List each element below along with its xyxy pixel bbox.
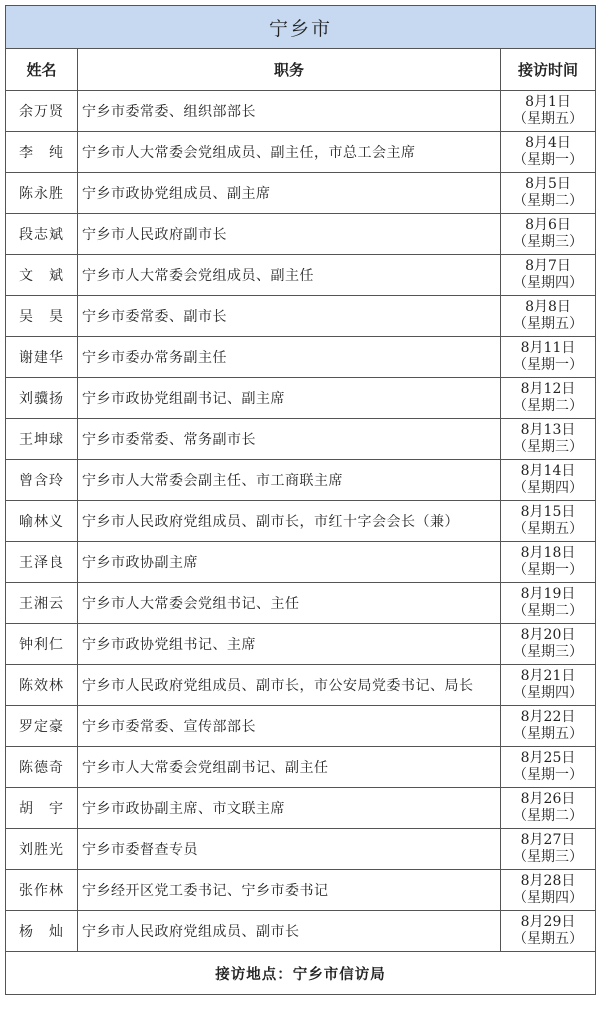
cell-duty: 宁乡市人民政府副市长 bbox=[78, 214, 501, 255]
cell-duty: 宁乡市人大常委会党组书记、主任 bbox=[78, 583, 501, 624]
cell-duty: 宁乡市委常委、组织部部长 bbox=[78, 91, 501, 132]
cell-name: 文 斌 bbox=[6, 255, 78, 296]
table-row: 曾含玲宁乡市人大常委会副主任、市工商联主席8月14日（星期四） bbox=[6, 460, 596, 501]
cell-name: 曾含玲 bbox=[6, 460, 78, 501]
cell-duty: 宁乡市政协党组书记、主席 bbox=[78, 624, 501, 665]
cell-weekday: （星期二） bbox=[501, 603, 595, 620]
cell-time: 8月13日（星期三） bbox=[501, 419, 596, 460]
cell-name: 王坤球 bbox=[6, 419, 78, 460]
table-row: 刘胜光宁乡市委督查专员8月27日（星期三） bbox=[6, 829, 596, 870]
cell-duty: 宁乡市政协副主席、市文联主席 bbox=[78, 788, 501, 829]
cell-name: 王泽良 bbox=[6, 542, 78, 583]
cell-date: 8月6日 bbox=[501, 217, 595, 234]
cell-date: 8月15日 bbox=[501, 504, 595, 521]
cell-duty: 宁乡市人民政府党组成员、副市长，市红十字会会长（兼） bbox=[78, 501, 501, 542]
table-row: 罗定豪宁乡市委常委、宣传部部长8月22日（星期五） bbox=[6, 706, 596, 747]
cell-time: 8月20日（星期三） bbox=[501, 624, 596, 665]
cell-name: 张作林 bbox=[6, 870, 78, 911]
cell-name: 李 纯 bbox=[6, 132, 78, 173]
cell-date: 8月18日 bbox=[501, 545, 595, 562]
table-row: 陈效林宁乡市人民政府党组成员、副市长，市公安局党委书记、局长8月21日（星期四） bbox=[6, 665, 596, 706]
cell-time: 8月25日（星期一） bbox=[501, 747, 596, 788]
cell-weekday: （星期四） bbox=[501, 890, 595, 907]
cell-name: 刘胜光 bbox=[6, 829, 78, 870]
cell-duty: 宁乡市政协党组副书记、副主席 bbox=[78, 378, 501, 419]
cell-name: 余万贤 bbox=[6, 91, 78, 132]
cell-weekday: （星期二） bbox=[501, 398, 595, 415]
table-row: 钟利仁宁乡市政协党组书记、主席8月20日（星期三） bbox=[6, 624, 596, 665]
table-row: 陈永胜宁乡市政协党组成员、副主席8月5日（星期二） bbox=[6, 173, 596, 214]
cell-duty: 宁乡经开区党工委书记、宁乡市委书记 bbox=[78, 870, 501, 911]
cell-time: 8月21日（星期四） bbox=[501, 665, 596, 706]
table-row: 王湘云宁乡市人大常委会党组书记、主任8月19日（星期二） bbox=[6, 583, 596, 624]
cell-time: 8月8日（星期五） bbox=[501, 296, 596, 337]
cell-duty: 宁乡市人民政府党组成员、副市长 bbox=[78, 911, 501, 952]
cell-weekday: （星期三） bbox=[501, 644, 595, 661]
cell-time: 8月12日（星期二） bbox=[501, 378, 596, 419]
table-row: 喻林义宁乡市人民政府党组成员、副市长，市红十字会会长（兼）8月15日（星期五） bbox=[6, 501, 596, 542]
cell-time: 8月7日（星期四） bbox=[501, 255, 596, 296]
cell-name: 刘骥扬 bbox=[6, 378, 78, 419]
cell-time: 8月4日（星期一） bbox=[501, 132, 596, 173]
cell-date: 8月19日 bbox=[501, 586, 595, 603]
cell-date: 8月14日 bbox=[501, 463, 595, 480]
cell-weekday: （星期四） bbox=[501, 480, 595, 497]
cell-weekday: （星期五） bbox=[501, 726, 595, 743]
table-title: 宁乡市 bbox=[6, 6, 596, 49]
table-row: 王泽良宁乡市政协副主席8月18日（星期一） bbox=[6, 542, 596, 583]
cell-duty: 宁乡市委常委、副市长 bbox=[78, 296, 501, 337]
table-row: 吴 昊宁乡市委常委、副市长8月8日（星期五） bbox=[6, 296, 596, 337]
cell-time: 8月11日（星期一） bbox=[501, 337, 596, 378]
cell-weekday: （星期一） bbox=[501, 152, 595, 169]
cell-date: 8月28日 bbox=[501, 873, 595, 890]
cell-weekday: （星期三） bbox=[501, 849, 595, 866]
table-row: 余万贤宁乡市委常委、组织部部长8月1日（星期五） bbox=[6, 91, 596, 132]
cell-time: 8月19日（星期二） bbox=[501, 583, 596, 624]
cell-weekday: （星期二） bbox=[501, 193, 595, 210]
cell-name: 吴 昊 bbox=[6, 296, 78, 337]
table-row: 刘骥扬宁乡市政协党组副书记、副主席8月12日（星期二） bbox=[6, 378, 596, 419]
table-row: 胡 宇宁乡市政协副主席、市文联主席8月26日（星期二） bbox=[6, 788, 596, 829]
cell-weekday: （星期五） bbox=[501, 931, 595, 948]
cell-name: 钟利仁 bbox=[6, 624, 78, 665]
cell-weekday: （星期五） bbox=[501, 316, 595, 333]
cell-time: 8月1日（星期五） bbox=[501, 91, 596, 132]
table-row: 文 斌宁乡市人大常委会党组成员、副主任8月7日（星期四） bbox=[6, 255, 596, 296]
cell-date: 8月4日 bbox=[501, 135, 595, 152]
cell-weekday: （星期三） bbox=[501, 439, 595, 456]
cell-time: 8月5日（星期二） bbox=[501, 173, 596, 214]
cell-time: 8月18日（星期一） bbox=[501, 542, 596, 583]
cell-weekday: （星期五） bbox=[501, 111, 595, 128]
cell-date: 8月20日 bbox=[501, 627, 595, 644]
cell-date: 8月29日 bbox=[501, 914, 595, 931]
cell-date: 8月21日 bbox=[501, 668, 595, 685]
cell-time: 8月15日（星期五） bbox=[501, 501, 596, 542]
cell-weekday: （星期二） bbox=[501, 808, 595, 825]
cell-duty: 宁乡市人大常委会副主任、市工商联主席 bbox=[78, 460, 501, 501]
cell-duty: 宁乡市委督查专员 bbox=[78, 829, 501, 870]
cell-date: 8月13日 bbox=[501, 422, 595, 439]
cell-date: 8月5日 bbox=[501, 176, 595, 193]
cell-weekday: （星期一） bbox=[501, 357, 595, 374]
cell-duty: 宁乡市政协副主席 bbox=[78, 542, 501, 583]
cell-date: 8月8日 bbox=[501, 299, 595, 316]
cell-time: 8月14日（星期四） bbox=[501, 460, 596, 501]
cell-date: 8月7日 bbox=[501, 258, 595, 275]
cell-name: 陈效林 bbox=[6, 665, 78, 706]
cell-name: 陈永胜 bbox=[6, 173, 78, 214]
reception-location-footer: 接访地点：宁乡市信访局 bbox=[6, 952, 596, 995]
column-header-name: 姓名 bbox=[6, 49, 78, 91]
cell-duty: 宁乡市政协党组成员、副主席 bbox=[78, 173, 501, 214]
cell-name: 王湘云 bbox=[6, 583, 78, 624]
cell-date: 8月1日 bbox=[501, 94, 595, 111]
table-row: 张作林宁乡经开区党工委书记、宁乡市委书记8月28日（星期四） bbox=[6, 870, 596, 911]
cell-name: 陈德奇 bbox=[6, 747, 78, 788]
cell-date: 8月22日 bbox=[501, 709, 595, 726]
cell-date: 8月26日 bbox=[501, 791, 595, 808]
cell-weekday: （星期五） bbox=[501, 521, 595, 538]
cell-time: 8月29日（星期五） bbox=[501, 911, 596, 952]
cell-weekday: （星期四） bbox=[501, 275, 595, 292]
cell-duty: 宁乡市委常委、常务副市长 bbox=[78, 419, 501, 460]
cell-duty: 宁乡市委常委、宣传部部长 bbox=[78, 706, 501, 747]
cell-date: 8月25日 bbox=[501, 750, 595, 767]
table-row: 陈德奇宁乡市人大常委会党组副书记、副主任8月25日（星期一） bbox=[6, 747, 596, 788]
cell-name: 喻林义 bbox=[6, 501, 78, 542]
cell-duty: 宁乡市人大常委会党组副书记、副主任 bbox=[78, 747, 501, 788]
cell-name: 段志斌 bbox=[6, 214, 78, 255]
cell-date: 8月12日 bbox=[501, 381, 595, 398]
table-row: 谢建华宁乡市委办常务副主任8月11日（星期一） bbox=[6, 337, 596, 378]
cell-duty: 宁乡市人大常委会党组成员、副主任，市总工会主席 bbox=[78, 132, 501, 173]
cell-time: 8月28日（星期四） bbox=[501, 870, 596, 911]
table-row: 李 纯宁乡市人大常委会党组成员、副主任，市总工会主席8月4日（星期一） bbox=[6, 132, 596, 173]
cell-name: 罗定豪 bbox=[6, 706, 78, 747]
column-header-row: 姓名 职务 接访时间 bbox=[6, 49, 596, 91]
table-row: 杨 灿宁乡市人民政府党组成员、副市长8月29日（星期五） bbox=[6, 911, 596, 952]
cell-name: 杨 灿 bbox=[6, 911, 78, 952]
cell-duty: 宁乡市委办常务副主任 bbox=[78, 337, 501, 378]
cell-name: 谢建华 bbox=[6, 337, 78, 378]
column-header-duty: 职务 bbox=[78, 49, 501, 91]
cell-date: 8月27日 bbox=[501, 832, 595, 849]
reception-schedule-table: 宁乡市 姓名 职务 接访时间 余万贤宁乡市委常委、组织部部长8月1日（星期五） … bbox=[5, 5, 596, 995]
table-row: 段志斌宁乡市人民政府副市长8月6日（星期三） bbox=[6, 214, 596, 255]
column-header-time: 接访时间 bbox=[501, 49, 596, 91]
cell-time: 8月6日（星期三） bbox=[501, 214, 596, 255]
cell-weekday: （星期四） bbox=[501, 685, 595, 702]
cell-time: 8月27日（星期三） bbox=[501, 829, 596, 870]
cell-weekday: （星期三） bbox=[501, 234, 595, 251]
cell-time: 8月26日（星期二） bbox=[501, 788, 596, 829]
cell-name: 胡 宇 bbox=[6, 788, 78, 829]
cell-duty: 宁乡市人民政府党组成员、副市长，市公安局党委书记、局长 bbox=[78, 665, 501, 706]
table-row: 王坤球宁乡市委常委、常务副市长8月13日（星期三） bbox=[6, 419, 596, 460]
cell-weekday: （星期一） bbox=[501, 562, 595, 579]
reception-schedule-table-wrapper: 宁乡市 姓名 职务 接访时间 余万贤宁乡市委常委、组织部部长8月1日（星期五） … bbox=[5, 5, 595, 995]
cell-date: 8月11日 bbox=[501, 340, 595, 357]
cell-weekday: （星期一） bbox=[501, 767, 595, 784]
cell-time: 8月22日（星期五） bbox=[501, 706, 596, 747]
cell-duty: 宁乡市人大常委会党组成员、副主任 bbox=[78, 255, 501, 296]
